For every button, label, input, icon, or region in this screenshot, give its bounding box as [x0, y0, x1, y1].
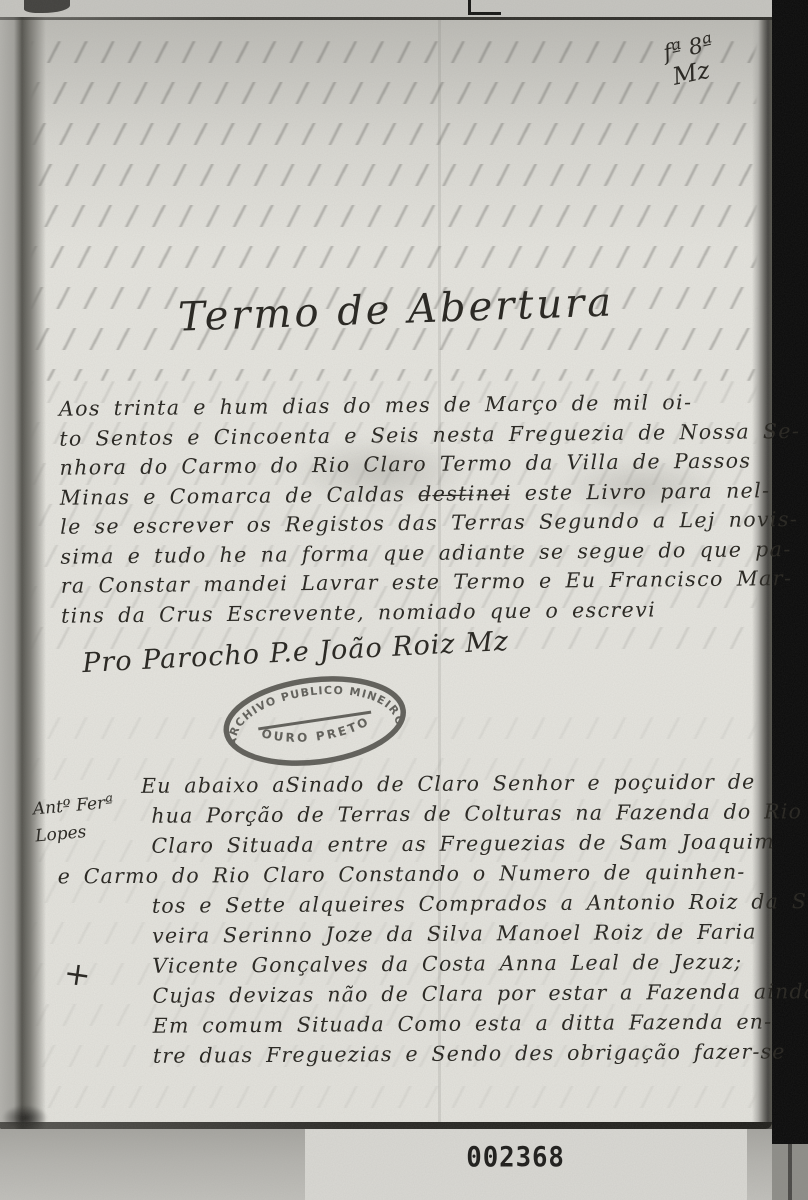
backing-surface-seam	[788, 1144, 792, 1200]
binding-crease	[0, 17, 46, 1129]
backing-surface-right-foot	[772, 1144, 808, 1200]
registry-number-stamp: 002368	[466, 1140, 565, 1173]
registration-corner-mark	[468, 0, 501, 15]
opening-term-paragraph: Aos trinta e hum dias do mes de Março de…	[59, 387, 769, 630]
binding-clamp-mark	[24, 0, 70, 13]
manuscript-page: fª 8ª Mz Termo de Abertura Aos trinta e …	[0, 17, 772, 1129]
page-bottom-edge	[0, 1122, 772, 1129]
archive-stamp-graphic: ARCHIVO PUBLICO MINEIRO OURO PRETO	[215, 664, 415, 778]
page-top-edge	[0, 17, 772, 20]
svg-text:OURO PRETO: OURO PRETO	[258, 713, 373, 750]
stamp-bottom-text: OURO PRETO	[258, 713, 373, 750]
scanned-manuscript-scene: fª 8ª Mz Termo de Abertura Aos trinta e …	[0, 0, 808, 1200]
backing-surface-top	[0, 0, 772, 18]
manuscript-line: tre duas Freguezias e Sendo des obrigaçã…	[41, 1036, 771, 1071]
folio-annotation: fª 8ª Mz	[662, 32, 721, 89]
declaration-paragraph: Eu abaixo aSinado de Claro Senhor e poçu…	[39, 766, 771, 1071]
